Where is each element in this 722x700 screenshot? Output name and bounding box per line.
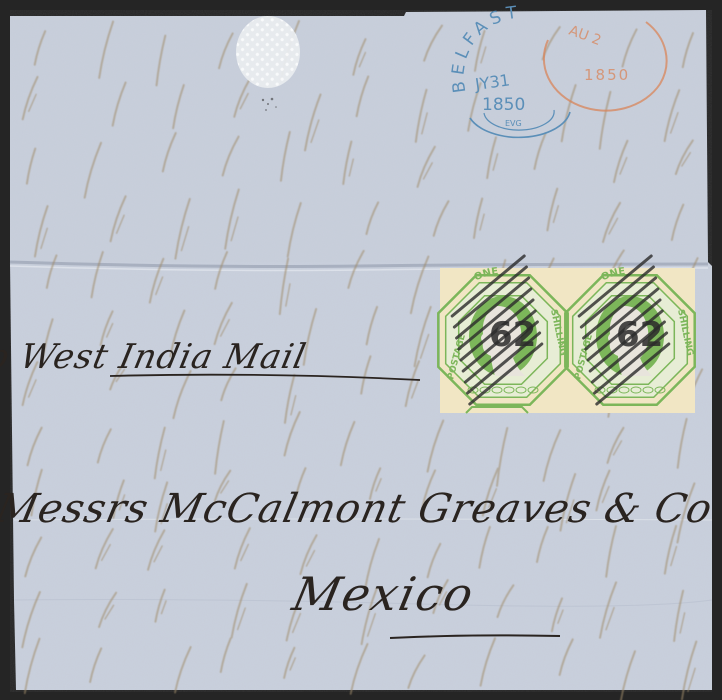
svg-text:62: 62 [616,315,663,355]
addressee-line: Messrs McCalmont Greaves & Co [0,484,717,531]
route-endorsement: p West India Mail [0,337,310,377]
arrival-year-text: 1850 [584,66,630,84]
belfast-time-text: EVG [505,119,522,128]
cover-scene: AU 2 1850 BELFAST JY31 1850 EVG ONESHILL… [0,0,722,700]
svg-text:62: 62 [489,315,536,355]
stamp-pair: ONESHILLINGPOSTAGE62 ONESHILLINGPOSTAGE6… [438,256,695,413]
destination-line: Mexico [287,567,480,620]
belfast-year-text: 1850 [482,95,525,115]
